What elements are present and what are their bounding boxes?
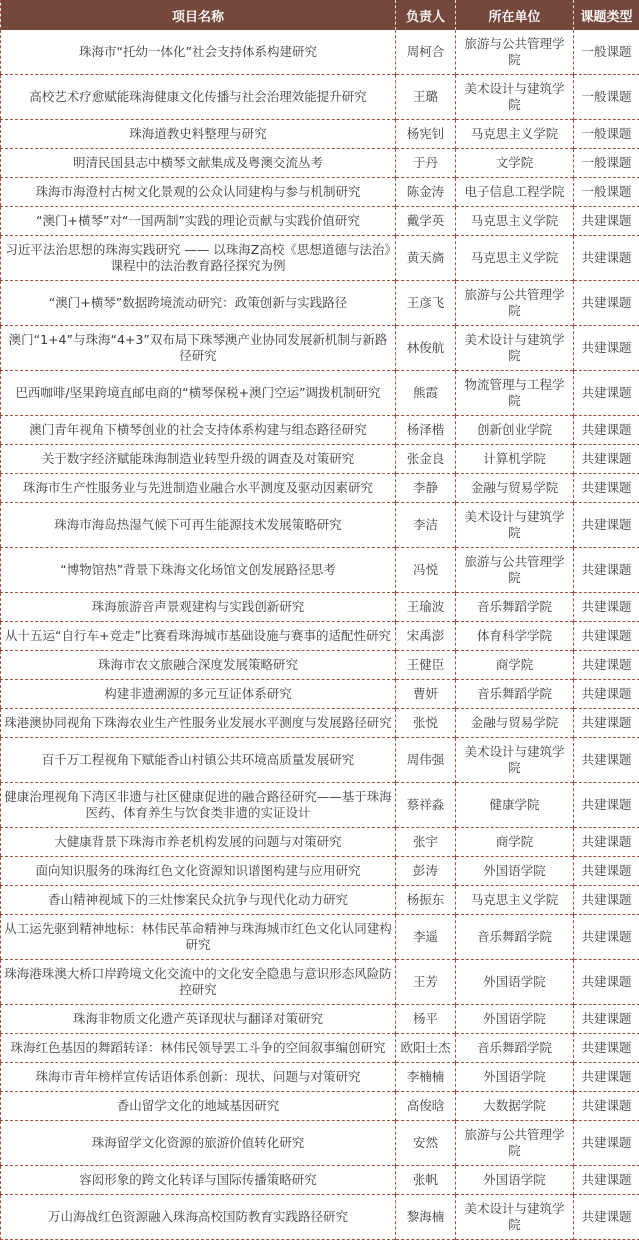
table-row: 珠海港珠澳大桥口岸跨境文化交流中的文化安全隐患与意识形态风险防控研究 王芳 外国… [1,960,639,1005]
project-name-cell: 珠海市海岛热湿气候下可再生能源技术发展策略研究 [1,503,396,548]
table-row: “澳门+横琴”对“一国两制”实践的理论贡献与实践价值研究 戴学英 马克思主义学院… [1,207,639,236]
unit-cell: 美术设计与建筑学院 [456,326,574,371]
leader-cell: 杨振东 [396,886,456,915]
project-name-cell: 百千万工程视角下赋能香山村镇公共环境高质量发展研究 [1,738,396,783]
type-cell: 共建课题 [574,1121,639,1166]
leader-cell: 林俊航 [396,326,456,371]
type-cell: 共建课题 [574,622,639,651]
leader-cell: 李静 [396,474,456,503]
type-cell: 共建课题 [574,783,639,828]
project-name-cell: 从工运先驱到精神地标：林伟民革命精神与珠海城市红色文化认同建构研究 [1,915,396,960]
type-cell: 共建课题 [574,1195,639,1240]
leader-cell: 王芳 [396,960,456,1005]
leader-cell: 曹妍 [396,680,456,709]
type-cell: 共建课题 [574,680,639,709]
leader-cell: 安然 [396,1121,456,1166]
project-name-cell: 珠海旅游音声景观建构与实践创新研究 [1,593,396,622]
leader-cell: 张宇 [396,828,456,857]
leader-cell: 张帆 [396,1166,456,1195]
table-row: 珠海非物质文化遗产英译现状与翻译对策研究 杨平 外国语学院 共建课题 [1,1005,639,1034]
leader-cell: 黄天旖 [396,236,456,281]
leader-cell: 陈金涛 [396,178,456,207]
leader-cell: 彭涛 [396,857,456,886]
project-name-cell: 珠海市海澄村古树文化景观的公众认同建构与参与机制研究 [1,178,396,207]
type-cell: 共建课题 [574,1092,639,1121]
type-cell: 共建课题 [574,474,639,503]
table-body: 珠海市“托幼一体化”社会支持体系构建研究 周柯合 旅游与公共管理学院 一般课题 … [1,30,639,1240]
unit-cell: 马克思主义学院 [456,207,574,236]
table-row: 从工运先驱到精神地标：林伟民革命精神与珠海城市红色文化认同建构研究 李遥 音乐舞… [1,915,639,960]
type-cell: 共建课题 [574,548,639,593]
table-row: 珠海市海岛热湿气候下可再生能源技术发展策略研究 李洁 美术设计与建筑学院 共建课… [1,503,639,548]
unit-cell: 马克思主义学院 [456,886,574,915]
project-name-cell: “澳门+横琴”数据跨境流动研究：政策创新与实践路径 [1,281,396,326]
project-name-cell: 从十五运“自行车+竞走”比赛看珠海城市基础设施与赛事的适配性研究 [1,622,396,651]
leader-cell: 王健臣 [396,651,456,680]
project-name-cell: 珠海市农文旅融合深度发展策略研究 [1,651,396,680]
project-name-cell: “博物馆热”背景下珠海文化场馆文创发展路径思考 [1,548,396,593]
leader-cell: 王彦飞 [396,281,456,326]
leader-cell: 熊霞 [396,371,456,416]
unit-cell: 外国语学院 [456,1005,574,1034]
table-row: 珠港澳协同视角下珠海农业生产性服务业发展水平测度与发展路径研究 张悦 金融与贸易… [1,709,639,738]
unit-cell: 马克思主义学院 [456,236,574,281]
project-name-cell: 万山海战红色资源融入珠海高校国防教育实践路径研究 [1,1195,396,1240]
unit-cell: 金融与贸易学院 [456,709,574,738]
table-row: 珠海市“托幼一体化”社会支持体系构建研究 周柯合 旅游与公共管理学院 一般课题 [1,30,639,75]
table-row: 珠海旅游音声景观建构与实践创新研究 王瑜波 音乐舞蹈学院 共建课题 [1,593,639,622]
unit-cell: 大数据学院 [456,1092,574,1121]
table-row: 澳门“1+4”与珠海“4+3”双布局下珠琴澳产业协同发展新机制与新路径研究 林俊… [1,326,639,371]
table-row: 香山留学文化的地域基因研究 高俊晗 大数据学院 共建课题 [1,1092,639,1121]
project-name-cell: 珠海非物质文化遗产英译现状与翻译对策研究 [1,1005,396,1034]
project-name-cell: 珠海留学文化资源的旅游价值转化研究 [1,1121,396,1166]
project-name-cell: 容闳形象的跨文化转译与国际传播策略研究 [1,1166,396,1195]
type-cell: 共建课题 [574,828,639,857]
project-name-cell: 珠海市“托幼一体化”社会支持体系构建研究 [1,30,396,75]
leader-cell: 李楠楠 [396,1063,456,1092]
type-cell: 共建课题 [574,960,639,1005]
unit-cell: 外国语学院 [456,1063,574,1092]
type-cell: 共建课题 [574,281,639,326]
table-row: “博物馆热”背景下珠海文化场馆文创发展路径思考 冯悦 旅游与公共管理学院 共建课… [1,548,639,593]
unit-cell: 物流管理与工程学院 [456,371,574,416]
leader-cell: 王瑜波 [396,593,456,622]
unit-cell: 金融与贸易学院 [456,474,574,503]
table-row: 万山海战红色资源融入珠海高校国防教育实践路径研究 黎海楠 美术设计与建筑学院 共… [1,1195,639,1240]
type-cell: 共建课题 [574,1166,639,1195]
project-name-cell: 健康治理视角下湾区非遗与社区健康促进的融合路径研究——基于珠海医药、体育养生与饮… [1,783,396,828]
table-header: 项目名称 负责人 所在单位 课题类型 [1,0,639,30]
project-name-cell: 珠港澳协同视角下珠海农业生产性服务业发展水平测度与发展路径研究 [1,709,396,738]
unit-cell: 美术设计与建筑学院 [456,738,574,783]
table-row: 容闳形象的跨文化转译与国际传播策略研究 张帆 外国语学院 共建课题 [1,1166,639,1195]
unit-cell: 旅游与公共管理学院 [456,1121,574,1166]
type-cell: 共建课题 [574,1063,639,1092]
leader-cell: 周柯合 [396,30,456,75]
table-row: 珠海市青年榜样宣传话语体系创新：现状、问题与对策研究 李楠楠 外国语学院 共建课… [1,1063,639,1092]
table-row: 健康治理视角下湾区非遗与社区健康促进的融合路径研究——基于珠海医药、体育养生与饮… [1,783,639,828]
table-row: 关于数字经济赋能珠海制造业转型升级的调查及对策研究 张金良 计算机学院 共建课题 [1,445,639,474]
project-name-cell: 珠海道教史料整理与研究 [1,120,396,149]
table-row: 习近平法治思想的珠海实践研究 —— 以珠海Z高校《思想道德与法治》课程中的法治教… [1,236,639,281]
projects-table-container: 项目名称 负责人 所在单位 课题类型 珠海市“托幼一体化”社会支持体系构建研究 … [0,0,639,1240]
leader-cell: 欧阳士杰 [396,1034,456,1063]
project-name-cell: “澳门+横琴”对“一国两制”实践的理论贡献与实践价值研究 [1,207,396,236]
unit-cell: 音乐舞蹈学院 [456,593,574,622]
unit-cell: 外国语学院 [456,1166,574,1195]
projects-table: 项目名称 负责人 所在单位 课题类型 珠海市“托幼一体化”社会支持体系构建研究 … [0,0,639,1240]
table-row: 构建非遗溯源的多元互证体系研究 曹妍 音乐舞蹈学院 共建课题 [1,680,639,709]
unit-cell: 美术设计与建筑学院 [456,75,574,120]
unit-cell: 美术设计与建筑学院 [456,1195,574,1240]
column-header-type: 课题类型 [574,0,639,30]
project-name-cell: 巴西咖啡/坚果跨境直邮电商的“横琴保税+澳门空运”调拨机制研究 [1,371,396,416]
type-cell: 共建课题 [574,915,639,960]
table-row: 珠海红色基因的舞蹈转译：林伟民领导罢工斗争的空间叙事编创研究 欧阳士杰 音乐舞蹈… [1,1034,639,1063]
type-cell: 共建课题 [574,886,639,915]
type-cell: 共建课题 [574,503,639,548]
project-name-cell: 大健康背景下珠海市养老机构发展的问题与对策研究 [1,828,396,857]
project-name-cell: 珠海港珠澳大桥口岸跨境文化交流中的文化安全隐患与意识形态风险防控研究 [1,960,396,1005]
type-cell: 一般课题 [574,30,639,75]
project-name-cell: 澳门“1+4”与珠海“4+3”双布局下珠琴澳产业协同发展新机制与新路径研究 [1,326,396,371]
unit-cell: 体育科学学院 [456,622,574,651]
unit-cell: 旅游与公共管理学院 [456,281,574,326]
unit-cell: 音乐舞蹈学院 [456,1034,574,1063]
project-name-cell: 澳门青年视角下横琴创业的社会支持体系构建与组态路径研究 [1,416,396,445]
unit-cell: 计算机学院 [456,445,574,474]
table-row: 百千万工程视角下赋能香山村镇公共环境高质量发展研究 周伟强 美术设计与建筑学院 … [1,738,639,783]
column-header-unit: 所在单位 [456,0,574,30]
unit-cell: 旅游与公共管理学院 [456,548,574,593]
unit-cell: 旅游与公共管理学院 [456,30,574,75]
table-row: 明清民国县志中横琴文献集成及粤澳交流丛考 于丹 文学院 一般课题 [1,149,639,178]
leader-cell: 戴学英 [396,207,456,236]
leader-cell: 张金良 [396,445,456,474]
project-name-cell: 珠海红色基因的舞蹈转译：林伟民领导罢工斗争的空间叙事编创研究 [1,1034,396,1063]
unit-cell: 音乐舞蹈学院 [456,915,574,960]
leader-cell: 高俊晗 [396,1092,456,1121]
type-cell: 共建课题 [574,1034,639,1063]
unit-cell: 商学院 [456,651,574,680]
project-name-cell: 珠海市青年榜样宣传话语体系创新：现状、问题与对策研究 [1,1063,396,1092]
leader-cell: 杨平 [396,1005,456,1034]
type-cell: 共建课题 [574,593,639,622]
table-row: 珠海留学文化资源的旅游价值转化研究 安然 旅游与公共管理学院 共建课题 [1,1121,639,1166]
unit-cell: 外国语学院 [456,857,574,886]
unit-cell: 健康学院 [456,783,574,828]
table-row: “澳门+横琴”数据跨境流动研究：政策创新与实践路径 王彦飞 旅游与公共管理学院 … [1,281,639,326]
table-row: 珠海市生产性服务业与先进制造业融合水平测度及驱动因素研究 李静 金融与贸易学院 … [1,474,639,503]
table-row: 大健康背景下珠海市养老机构发展的问题与对策研究 张宇 商学院 共建课题 [1,828,639,857]
leader-cell: 李遥 [396,915,456,960]
leader-cell: 黎海楠 [396,1195,456,1240]
column-header-project-name: 项目名称 [1,0,396,30]
table-row: 珠海市农文旅融合深度发展策略研究 王健臣 商学院 共建课题 [1,651,639,680]
project-name-cell: 珠海市生产性服务业与先进制造业融合水平测度及驱动因素研究 [1,474,396,503]
unit-cell: 创新创业学院 [456,416,574,445]
type-cell: 共建课题 [574,857,639,886]
unit-cell: 电子信息工程学院 [456,178,574,207]
unit-cell: 商学院 [456,828,574,857]
type-cell: 共建课题 [574,236,639,281]
type-cell: 共建课题 [574,445,639,474]
project-name-cell: 面向知识服务的珠海红色文化资源知识谱图构建与应用研究 [1,857,396,886]
leader-cell: 张悦 [396,709,456,738]
type-cell: 共建课题 [574,326,639,371]
unit-cell: 文学院 [456,149,574,178]
leader-cell: 冯悦 [396,548,456,593]
type-cell: 一般课题 [574,149,639,178]
leader-cell: 王璐 [396,75,456,120]
leader-cell: 杨宪钊 [396,120,456,149]
project-name-cell: 习近平法治思想的珠海实践研究 —— 以珠海Z高校《思想道德与法治》课程中的法治教… [1,236,396,281]
project-name-cell: 关于数字经济赋能珠海制造业转型升级的调查及对策研究 [1,445,396,474]
type-cell: 共建课题 [574,651,639,680]
table-row: 高校艺术疗愈赋能珠海健康文化传播与社会治理效能提升研究 王璐 美术设计与建筑学院… [1,75,639,120]
leader-cell: 于丹 [396,149,456,178]
table-row: 巴西咖啡/坚果跨境直邮电商的“横琴保税+澳门空运”调拨机制研究 熊霞 物流管理与… [1,371,639,416]
header-row: 项目名称 负责人 所在单位 课题类型 [1,0,639,30]
project-name-cell: 香山精神视域下的三灶惨案民众抗争与现代化动力研究 [1,886,396,915]
leader-cell: 蔡祥淼 [396,783,456,828]
type-cell: 一般课题 [574,120,639,149]
project-name-cell: 高校艺术疗愈赋能珠海健康文化传播与社会治理效能提升研究 [1,75,396,120]
project-name-cell: 构建非遗溯源的多元互证体系研究 [1,680,396,709]
table-row: 珠海市海澄村古树文化景观的公众认同建构与参与机制研究 陈金涛 电子信息工程学院 … [1,178,639,207]
table-row: 澳门青年视角下横琴创业的社会支持体系构建与组态路径研究 杨泽楷 创新创业学院 共… [1,416,639,445]
column-header-leader: 负责人 [396,0,456,30]
type-cell: 共建课题 [574,371,639,416]
type-cell: 共建课题 [574,709,639,738]
leader-cell: 宋禹澎 [396,622,456,651]
unit-cell: 美术设计与建筑学院 [456,503,574,548]
type-cell: 一般课题 [574,178,639,207]
type-cell: 一般课题 [574,75,639,120]
table-row: 面向知识服务的珠海红色文化资源知识谱图构建与应用研究 彭涛 外国语学院 共建课题 [1,857,639,886]
table-row: 珠海道教史料整理与研究 杨宪钊 马克思主义学院 一般课题 [1,120,639,149]
table-row: 香山精神视域下的三灶惨案民众抗争与现代化动力研究 杨振东 马克思主义学院 共建课… [1,886,639,915]
project-name-cell: 明清民国县志中横琴文献集成及粤澳交流丛考 [1,149,396,178]
unit-cell: 音乐舞蹈学院 [456,680,574,709]
table-row: 从十五运“自行车+竞走”比赛看珠海城市基础设施与赛事的适配性研究 宋禹澎 体育科… [1,622,639,651]
type-cell: 共建课题 [574,416,639,445]
type-cell: 共建课题 [574,1005,639,1034]
project-name-cell: 香山留学文化的地域基因研究 [1,1092,396,1121]
unit-cell: 马克思主义学院 [456,120,574,149]
leader-cell: 周伟强 [396,738,456,783]
unit-cell: 外国语学院 [456,960,574,1005]
leader-cell: 李洁 [396,503,456,548]
type-cell: 共建课题 [574,738,639,783]
leader-cell: 杨泽楷 [396,416,456,445]
type-cell: 共建课题 [574,207,639,236]
